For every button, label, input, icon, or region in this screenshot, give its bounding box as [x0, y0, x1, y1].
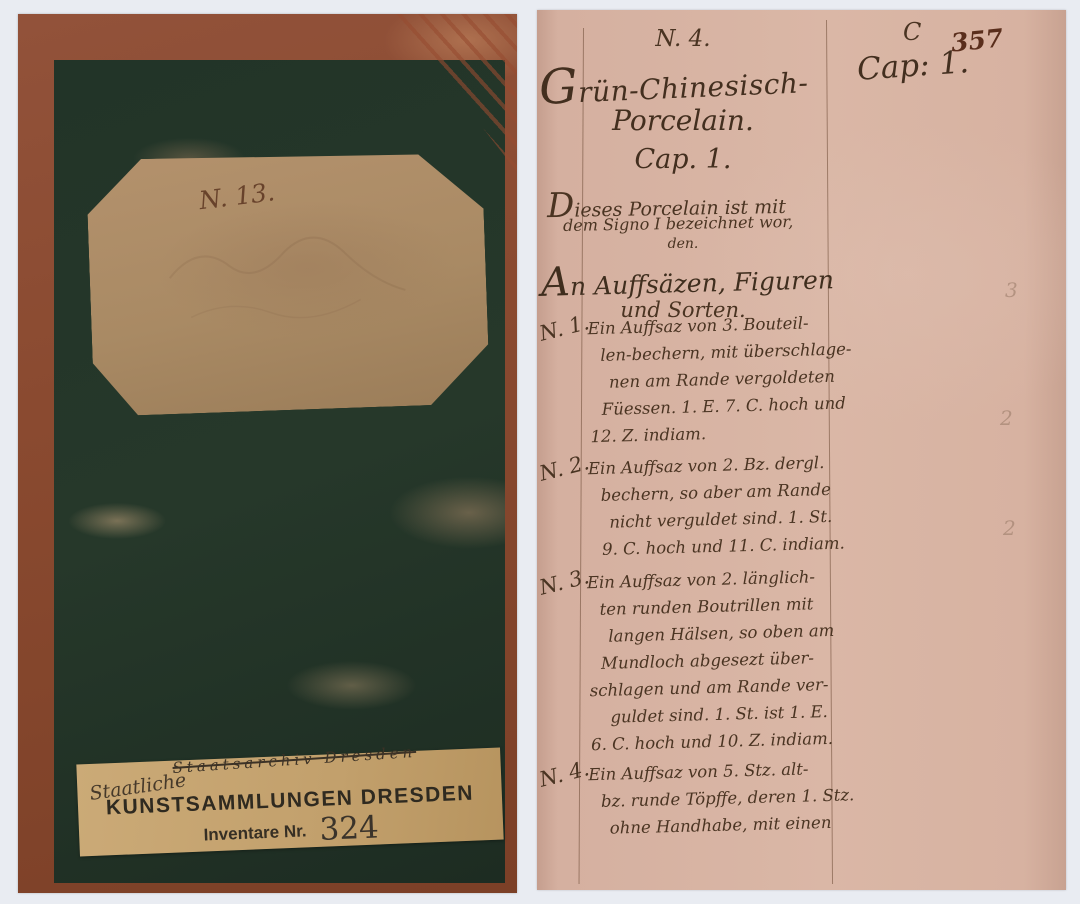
- entry-line: 6. C. hoch und 10. Z. indiam.: [591, 725, 838, 758]
- entry-text: Ein Auffsaz von 2. Bz. dergl. bechern, s…: [588, 449, 837, 563]
- pencil-margin-mark: 3: [1005, 278, 1018, 302]
- entry-line: 9. C. hoch und 11. C. indiam.: [602, 530, 837, 563]
- pencil-margin-mark: 2: [1000, 406, 1013, 430]
- entry-number: N. 4.: [537, 756, 592, 791]
- intro-line-3: den.: [537, 236, 829, 252]
- chapter-marginal-initial: C: [903, 18, 921, 46]
- shelf-mark: N. 13.: [197, 177, 276, 215]
- inventory-number-label: Inventare Nr.: [203, 821, 307, 844]
- pencil-margin-mark: 2: [1003, 516, 1016, 540]
- inventory-number: 324: [319, 809, 380, 847]
- erased-writing-trace: [148, 209, 433, 359]
- heading-title-line2: Porcelain.: [537, 104, 829, 137]
- entry-text: Ein Auffsaz von 3. Bouteil- len-bechern,…: [587, 309, 836, 450]
- entry-line: 12. Z. indiam.: [590, 417, 837, 450]
- book-cover-photo: N. 13. Staatsarchiv Dresden Staatliche K…: [18, 14, 517, 893]
- manuscript-page-photo: N. 4. Grün-Chinesisch- Porcelain. Cap. 1…: [537, 10, 1066, 890]
- entry-text: Ein Auffsaz von 2. länglich- ten runden …: [587, 563, 838, 758]
- entry-number: N. 2.: [537, 450, 592, 485]
- intro-line-2: dem Signo I bezeichnet wor,: [563, 212, 794, 235]
- entry-line: ohne Handhabe, mit einen: [609, 809, 836, 842]
- heading-chapter: Cap. 1.: [537, 144, 829, 175]
- scanned-archive-spread: N. 13. Staatsarchiv Dresden Staatliche K…: [0, 0, 1080, 904]
- inventory-label: Staatsarchiv Dresden Staatliche KUNSTSAM…: [76, 748, 503, 857]
- folio-number: 357: [950, 23, 1005, 57]
- parchment-title-label: N. 13.: [86, 147, 491, 417]
- entry-text: Ein Auffsaz von 5. Stz. alt- bz. runde T…: [588, 755, 836, 842]
- entry-number: N. 3.: [537, 564, 592, 599]
